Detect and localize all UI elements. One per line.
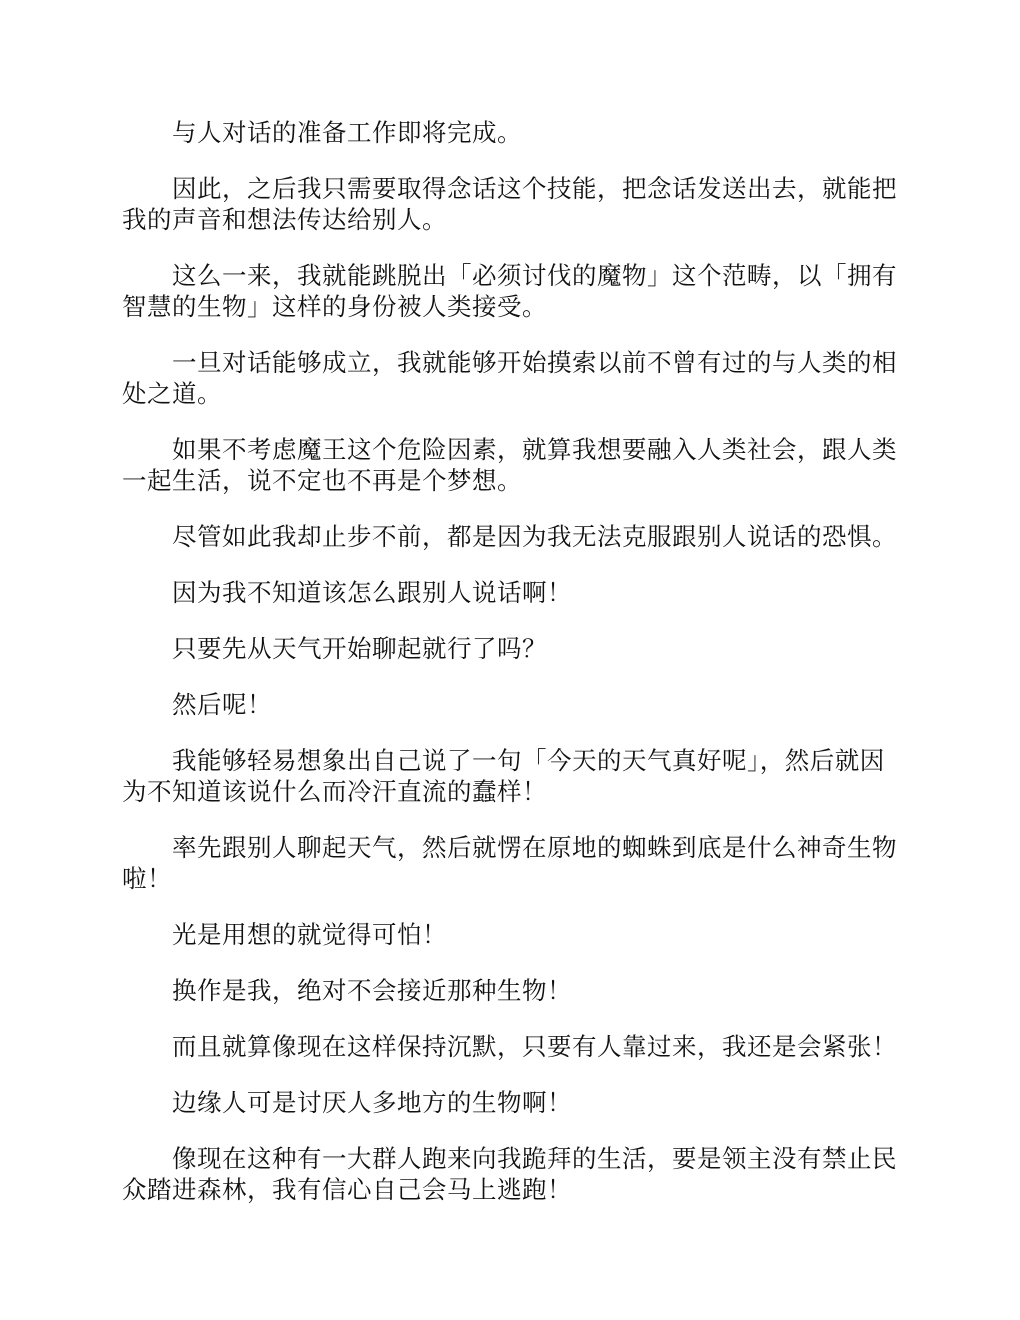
paragraph-9: 然后呢！ [122,689,897,720]
paragraph-16: 像现在这种有一大群人跑来向我跪拜的生活，要是领主没有禁止民众踏进森林，我有信心自… [122,1143,897,1205]
paragraph-4: 一旦对话能够成立，我就能够开始摸索以前不曾有过的与人类的相处之道。 [122,347,897,409]
paragraph-15: 边缘人可是讨厌人多地方的生物啊！ [122,1087,897,1118]
document-body: 与人对话的准备工作即将完成。 因此，之后我只需要取得念话这个技能，把念话发送出去… [122,117,897,1230]
paragraph-2: 因此，之后我只需要取得念话这个技能，把念话发送出去，就能把我的声音和想法传达给别… [122,173,897,235]
paragraph-7: 因为我不知道该怎么跟别人说话啊！ [122,577,897,608]
paragraph-3: 这么一来，我就能跳脱出「必须讨伐的魔物」这个范畴，以「拥有智慧的生物」这样的身份… [122,260,897,322]
paragraph-8: 只要先从天气开始聊起就行了吗？ [122,633,897,664]
paragraph-12: 光是用想的就觉得可怕！ [122,919,897,950]
paragraph-11: 率先跟别人聊起天气，然后就愣在原地的蜘蛛到底是什么神奇生物啦！ [122,832,897,894]
paragraph-14: 而且就算像现在这样保持沉默，只要有人靠过来，我还是会紧张！ [122,1031,897,1062]
paragraph-13: 换作是我，绝对不会接近那种生物！ [122,975,897,1006]
paragraph-1: 与人对话的准备工作即将完成。 [122,117,897,148]
paragraph-6: 尽管如此我却止步不前，都是因为我无法克服跟别人说话的恐惧。 [122,521,897,552]
paragraph-5: 如果不考虑魔王这个危险因素，就算我想要融入人类社会，跟人类一起生活，说不定也不再… [122,434,897,496]
paragraph-10: 我能够轻易想象出自己说了一句「今天的天气真好呢」，然后就因为不知道该说什么而冷汗… [122,745,897,807]
